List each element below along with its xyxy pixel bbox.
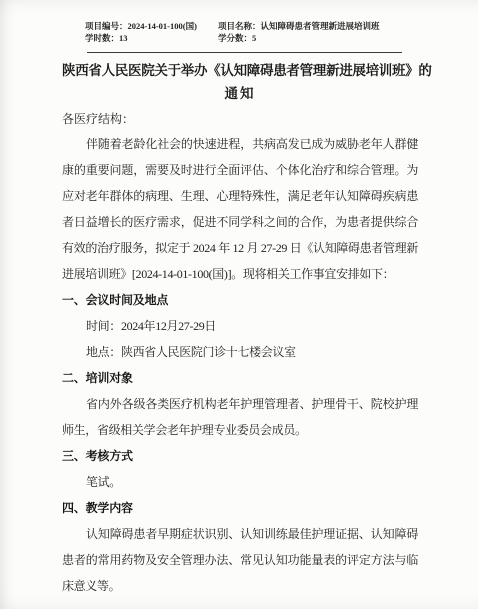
meeting-time-value: 2024年12月27-29日 bbox=[121, 319, 216, 333]
meta-column-left: 项目编号：2024-14-01-100(国) 学时数：13 bbox=[85, 20, 218, 44]
class-hours-value: 13 bbox=[119, 33, 128, 43]
section-1-heading: 一、会议时间及地点 bbox=[62, 287, 418, 313]
document-title-line2: 通知 bbox=[62, 82, 418, 105]
section-3-heading: 三、考核方式 bbox=[62, 443, 418, 469]
header-divider bbox=[87, 52, 402, 53]
section-2-heading: 二、培训对象 bbox=[62, 365, 418, 391]
credits-row: 学分数：5 bbox=[218, 32, 418, 44]
assessment-method-line: 笔试。 bbox=[62, 469, 418, 495]
salutation: 各医疗结构： bbox=[62, 107, 418, 131]
section-4-heading: 四、教学内容 bbox=[62, 495, 418, 521]
meta-column-right: 项目名称：认知障碍患者管理新进展培训班 学分数：5 bbox=[218, 20, 418, 44]
intro-paragraph: 伴随着老龄化社会的快速进程，共病高发已成为威胁老年人群健康的重要问题，需要及时进… bbox=[62, 131, 418, 287]
project-number-label: 项目编号： bbox=[85, 21, 128, 31]
project-name-value: 认知障碍患者管理新进展培训班 bbox=[261, 21, 380, 31]
document-header-meta: 项目编号：2024-14-01-100(国) 学时数：13 项目名称：认知障碍患… bbox=[85, 20, 418, 44]
project-number-value: 2024-14-01-100(国) bbox=[128, 21, 197, 31]
credits-value: 5 bbox=[252, 33, 256, 43]
document-title: 陕西省人民医院关于举办《认知障碍患者管理新进展培训班》的 通知 bbox=[62, 59, 418, 105]
meeting-location-line: 地点：陕西省人民医院门诊十七楼会议室 bbox=[62, 339, 418, 365]
class-hours-label: 学时数： bbox=[85, 33, 119, 43]
project-name-row: 项目名称：认知障碍患者管理新进展培训班 bbox=[218, 20, 418, 32]
class-hours-row: 学时数：13 bbox=[85, 32, 218, 44]
project-name-label: 项目名称： bbox=[218, 21, 261, 31]
meeting-location-label: 地点： bbox=[86, 345, 121, 359]
credits-label: 学分数： bbox=[218, 33, 252, 43]
document-title-line1: 陕西省人民医院关于举办《认知障碍患者管理新进展培训班》的 bbox=[62, 59, 418, 82]
training-audience-paragraph: 省内外各级各类医疗机构老年护理管理者、护理骨干、院校护理师生，省级相关学会老年护… bbox=[62, 391, 418, 443]
meeting-time-line: 时间：2024年12月27-29日 bbox=[62, 313, 418, 339]
notice-document-page: 项目编号：2024-14-01-100(国) 学时数：13 项目名称：认知障碍患… bbox=[0, 0, 478, 609]
meeting-time-label: 时间： bbox=[86, 319, 121, 333]
meeting-location-value: 陕西省人民医院门诊十七楼会议室 bbox=[121, 345, 296, 359]
teaching-content-paragraph: 认知障碍患者早期症状识别、认知训练最佳护理证据、认知障碍患者的常用药物及安全管理… bbox=[62, 521, 418, 599]
screenshot-canvas: { "colors": { "page_background": "#fcfcf… bbox=[0, 0, 478, 609]
project-number-row: 项目编号：2024-14-01-100(国) bbox=[85, 20, 218, 32]
